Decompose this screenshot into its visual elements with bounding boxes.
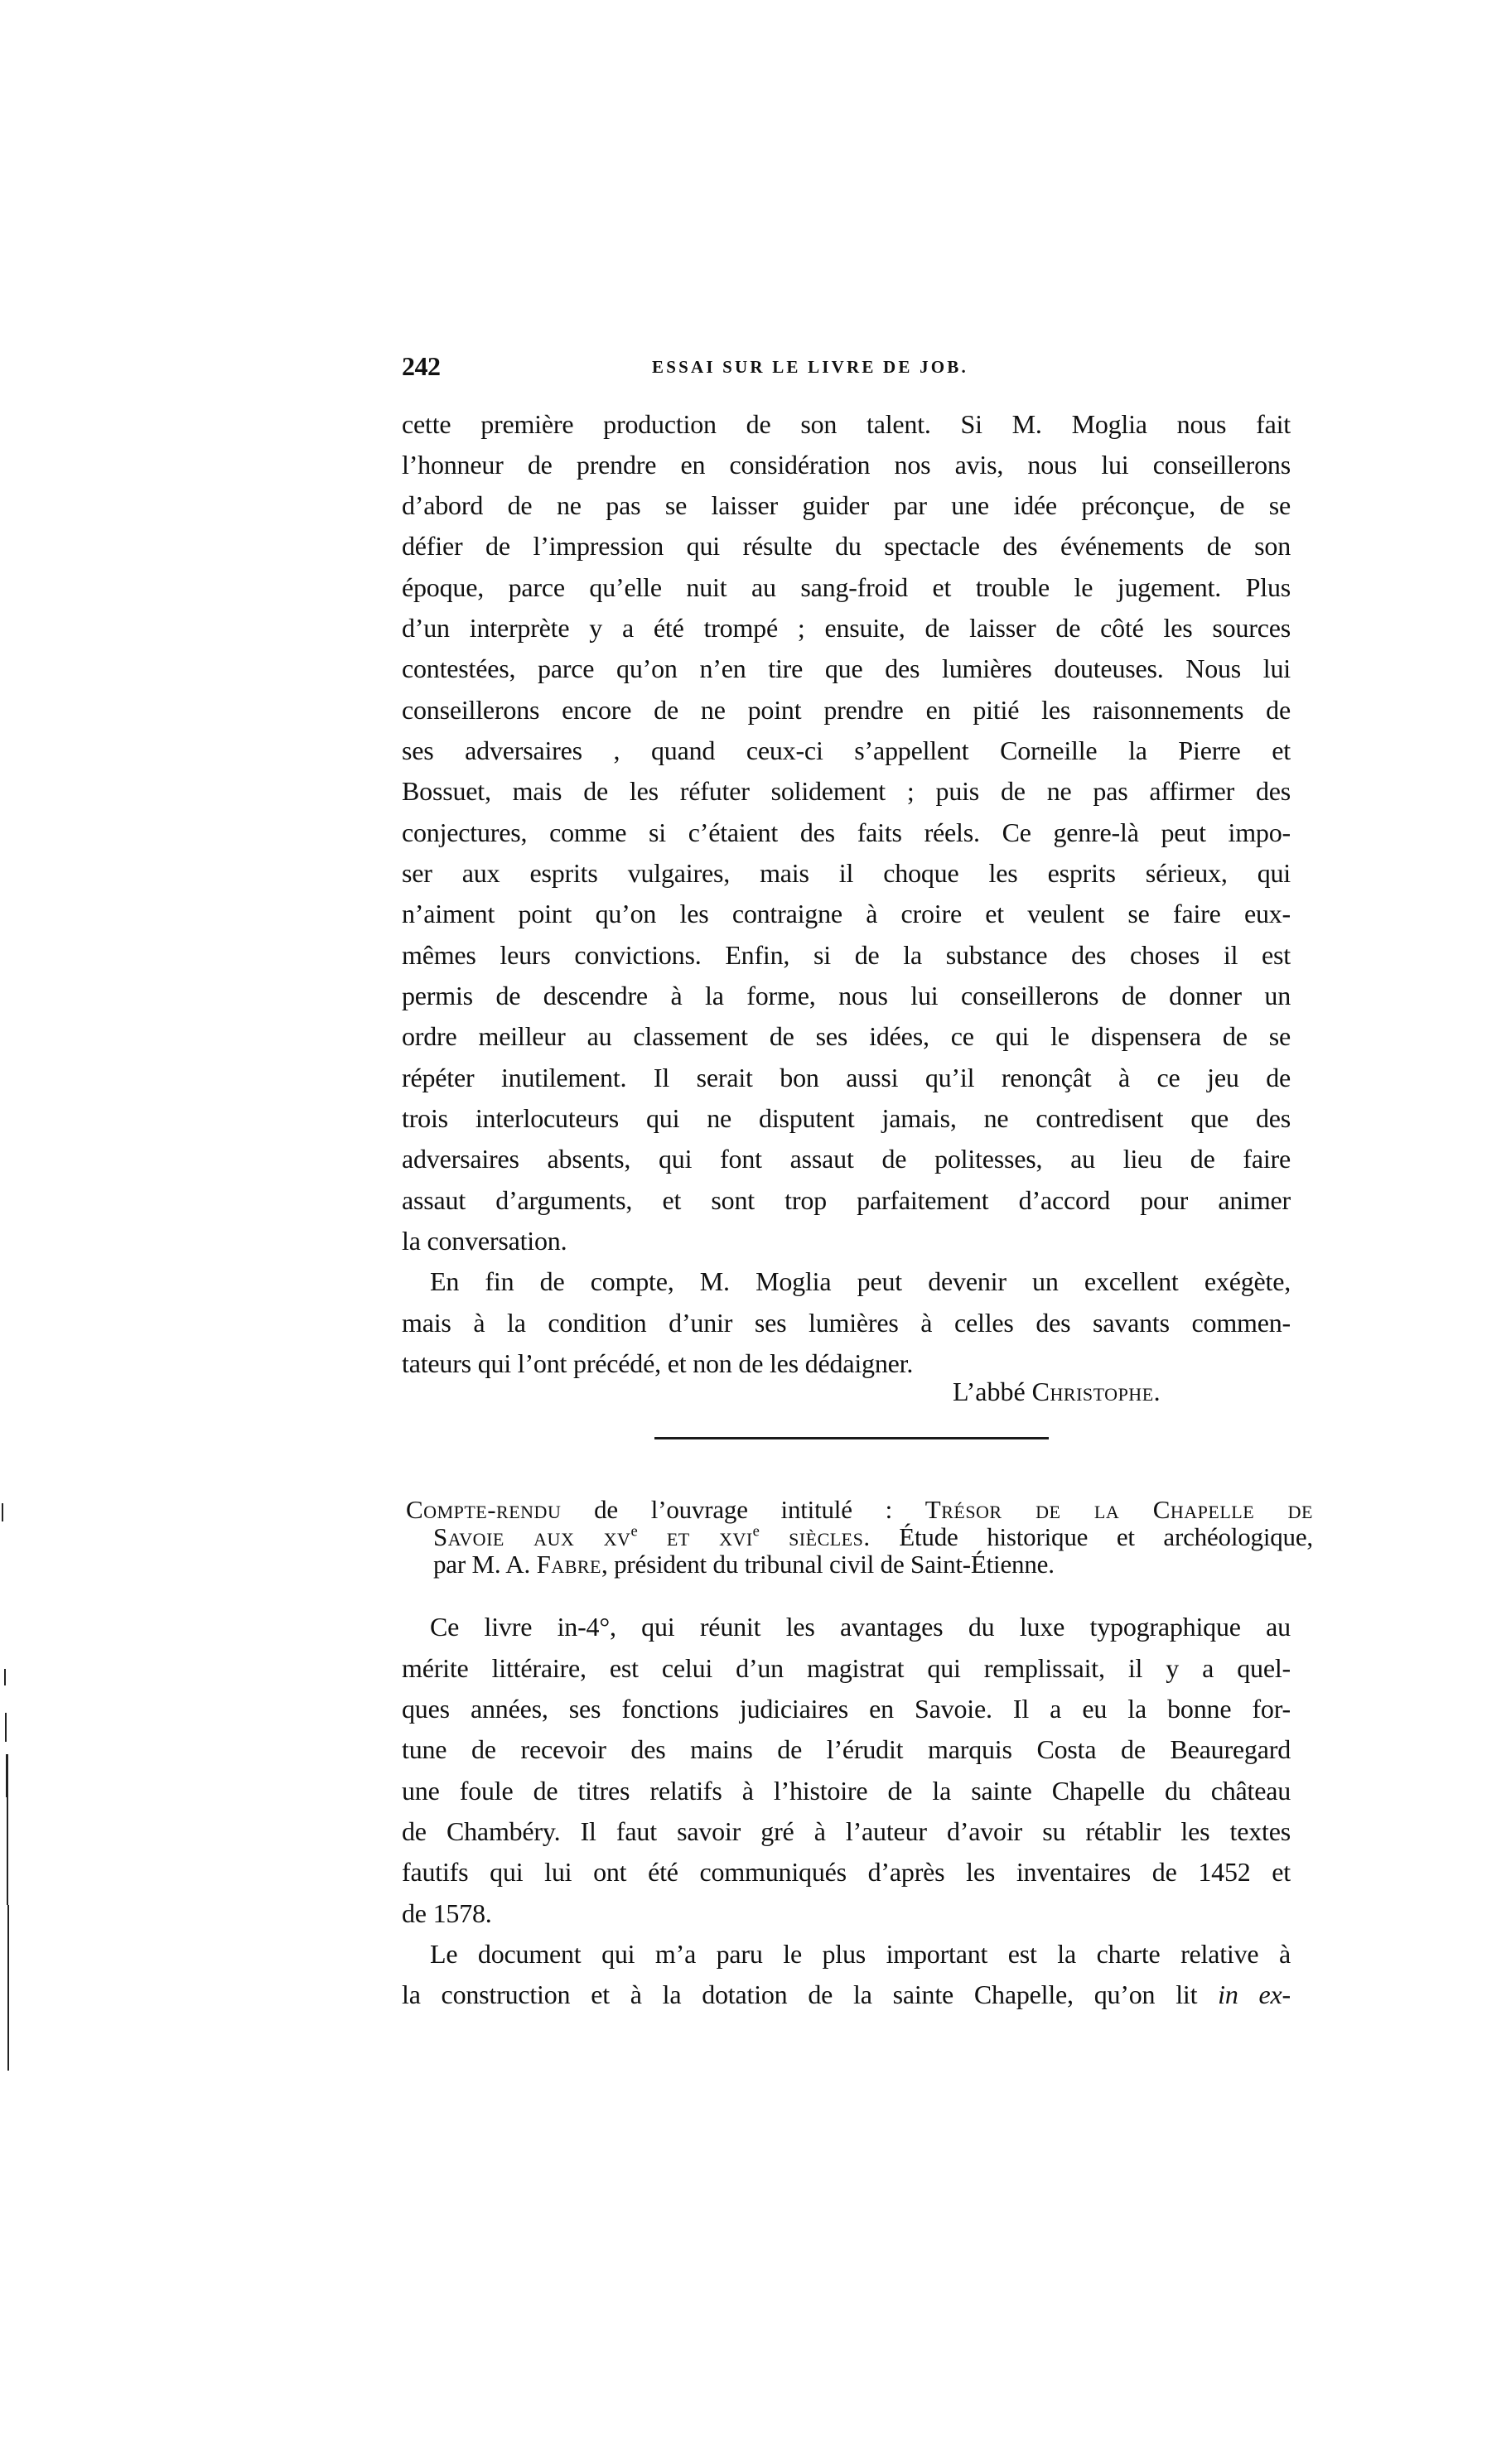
text-line: tateurs qui l’ont précédé, et non de les… bbox=[402, 1348, 1291, 1378]
section-divider bbox=[654, 1437, 1049, 1439]
heading-text: , président du tribunal civil de Saint-É… bbox=[601, 1550, 1055, 1579]
scan-artifact-line bbox=[4, 1669, 6, 1685]
text-line: contestées, parce qu’on n’en tire que de… bbox=[402, 653, 1291, 683]
text-line: cette première production de son talent.… bbox=[402, 409, 1291, 439]
italic-text: in ex- bbox=[1218, 1979, 1291, 2009]
text-line: tune de recevoir des mains de l’érudit m… bbox=[402, 1734, 1291, 1764]
running-title: ESSAI SUR LE LIVRE DE JOB. bbox=[652, 356, 968, 378]
text-line: d’un interprète y a été trompé ; ensuite… bbox=[402, 613, 1291, 643]
running-head: 242 ESSAI SUR LE LIVRE DE JOB. bbox=[402, 351, 1291, 381]
scan-artifact-line bbox=[5, 1713, 7, 1742]
text-line: répéter inutilement. Il serait bon aussi… bbox=[402, 1063, 1291, 1092]
scan-artifact-line bbox=[2, 1503, 3, 1521]
text-line: trois interlocuteurs qui ne disputent ja… bbox=[402, 1103, 1291, 1133]
text-line: mais à la condition d’unir ses lumières … bbox=[402, 1308, 1291, 1338]
text-line: ques années, ses fonctions judiciaires e… bbox=[402, 1694, 1291, 1724]
text-line: une foule de titres relatifs à l’histoir… bbox=[402, 1776, 1291, 1806]
heading-text: de l’ouvrage intitulé : bbox=[561, 1495, 924, 1524]
heading-line: par M. A. Fabre, président du tribunal c… bbox=[433, 1550, 1313, 1579]
text-line: conjectures, comme si c’étaient des fait… bbox=[402, 817, 1291, 847]
book-title: Trésor de la Chapelle de bbox=[925, 1495, 1313, 1524]
text-line: n’aiment point qu’on les contraigne à cr… bbox=[402, 899, 1291, 928]
text-line: ordre meilleur au classement de ses idée… bbox=[402, 1021, 1291, 1051]
heading-line: Compte-rendu de l’ouvrage intitulé : Tré… bbox=[406, 1496, 1313, 1524]
text-line: ses adversaires , quand ceux-ci s’appell… bbox=[402, 735, 1291, 765]
scanned-book-page: 242 ESSAI SUR LE LIVRE DE JOB. cette pre… bbox=[0, 0, 1511, 2464]
text-line: époque, parce qu’elle nuit au sang-froid… bbox=[402, 572, 1291, 602]
heading-text: par M. A. bbox=[433, 1550, 537, 1579]
superscript: e bbox=[630, 1523, 637, 1541]
text-line: mêmes leurs convictions. Enfin, si de la… bbox=[402, 940, 1291, 970]
book-title: siècles. bbox=[760, 1522, 871, 1551]
text-line: permis de descendre à la forme, nous lui… bbox=[402, 981, 1291, 1010]
text-line: Le document qui m’a paru le plus importa… bbox=[430, 1939, 1291, 1969]
text-line: la construction et à la dotation de la s… bbox=[402, 1979, 1291, 2009]
scan-artifact-line bbox=[7, 1797, 8, 1905]
signature-name: Christophe. bbox=[1032, 1377, 1161, 1406]
heading-line: Savoie aux xve et xvie siècles. Étude hi… bbox=[433, 1523, 1313, 1551]
text-line: ser aux esprits vulgaires, mais il choqu… bbox=[402, 858, 1291, 888]
text-line: En fin de compte, M. Moglia peut devenir… bbox=[430, 1266, 1291, 1296]
text-line: conseillerons encore de ne point prendre… bbox=[402, 695, 1291, 725]
signature-prefix: L’abbé bbox=[953, 1377, 1026, 1406]
text-line: la conversation. bbox=[402, 1226, 1291, 1256]
text-line: défier de l’impression qui résulte du sp… bbox=[402, 531, 1291, 561]
text-span: la construction et à la dotation de la s… bbox=[402, 1979, 1218, 2009]
text-line: de Chambéry. Il faut savoir gré à l’aute… bbox=[402, 1816, 1291, 1846]
page-number: 242 bbox=[402, 351, 441, 381]
book-title: et xvi bbox=[638, 1522, 753, 1551]
text-line: Ce livre in-4°, qui réunit les avantages… bbox=[430, 1612, 1291, 1642]
heading-text: Étude historique et archéologique, bbox=[871, 1522, 1313, 1551]
scan-artifact-line bbox=[6, 1754, 8, 1797]
text-line: assaut d’arguments, et sont trop parfait… bbox=[402, 1185, 1291, 1215]
text-line: mérite littéraire, est celui d’un magist… bbox=[402, 1653, 1291, 1683]
text-line: Bossuet, mais de les réfuter solidement … bbox=[402, 776, 1291, 806]
scan-artifact-line bbox=[7, 1905, 9, 2071]
author-name: Fabre bbox=[537, 1550, 601, 1579]
text-line: fautifs qui lui ont été communiqués d’ap… bbox=[402, 1857, 1291, 1887]
text-line: adversaires absents, qui font assaut de … bbox=[402, 1144, 1291, 1174]
heading-lead: Compte-rendu bbox=[406, 1495, 561, 1524]
book-title: Savoie aux xv bbox=[433, 1522, 630, 1551]
signature: L’abbé Christophe. bbox=[953, 1377, 1161, 1406]
text-line: d’abord de ne pas se laisser guider par … bbox=[402, 490, 1291, 520]
text-line: l’honneur de prendre en considération no… bbox=[402, 450, 1291, 480]
text-line: de 1578. bbox=[402, 1898, 1291, 1928]
superscript: e bbox=[753, 1523, 760, 1541]
